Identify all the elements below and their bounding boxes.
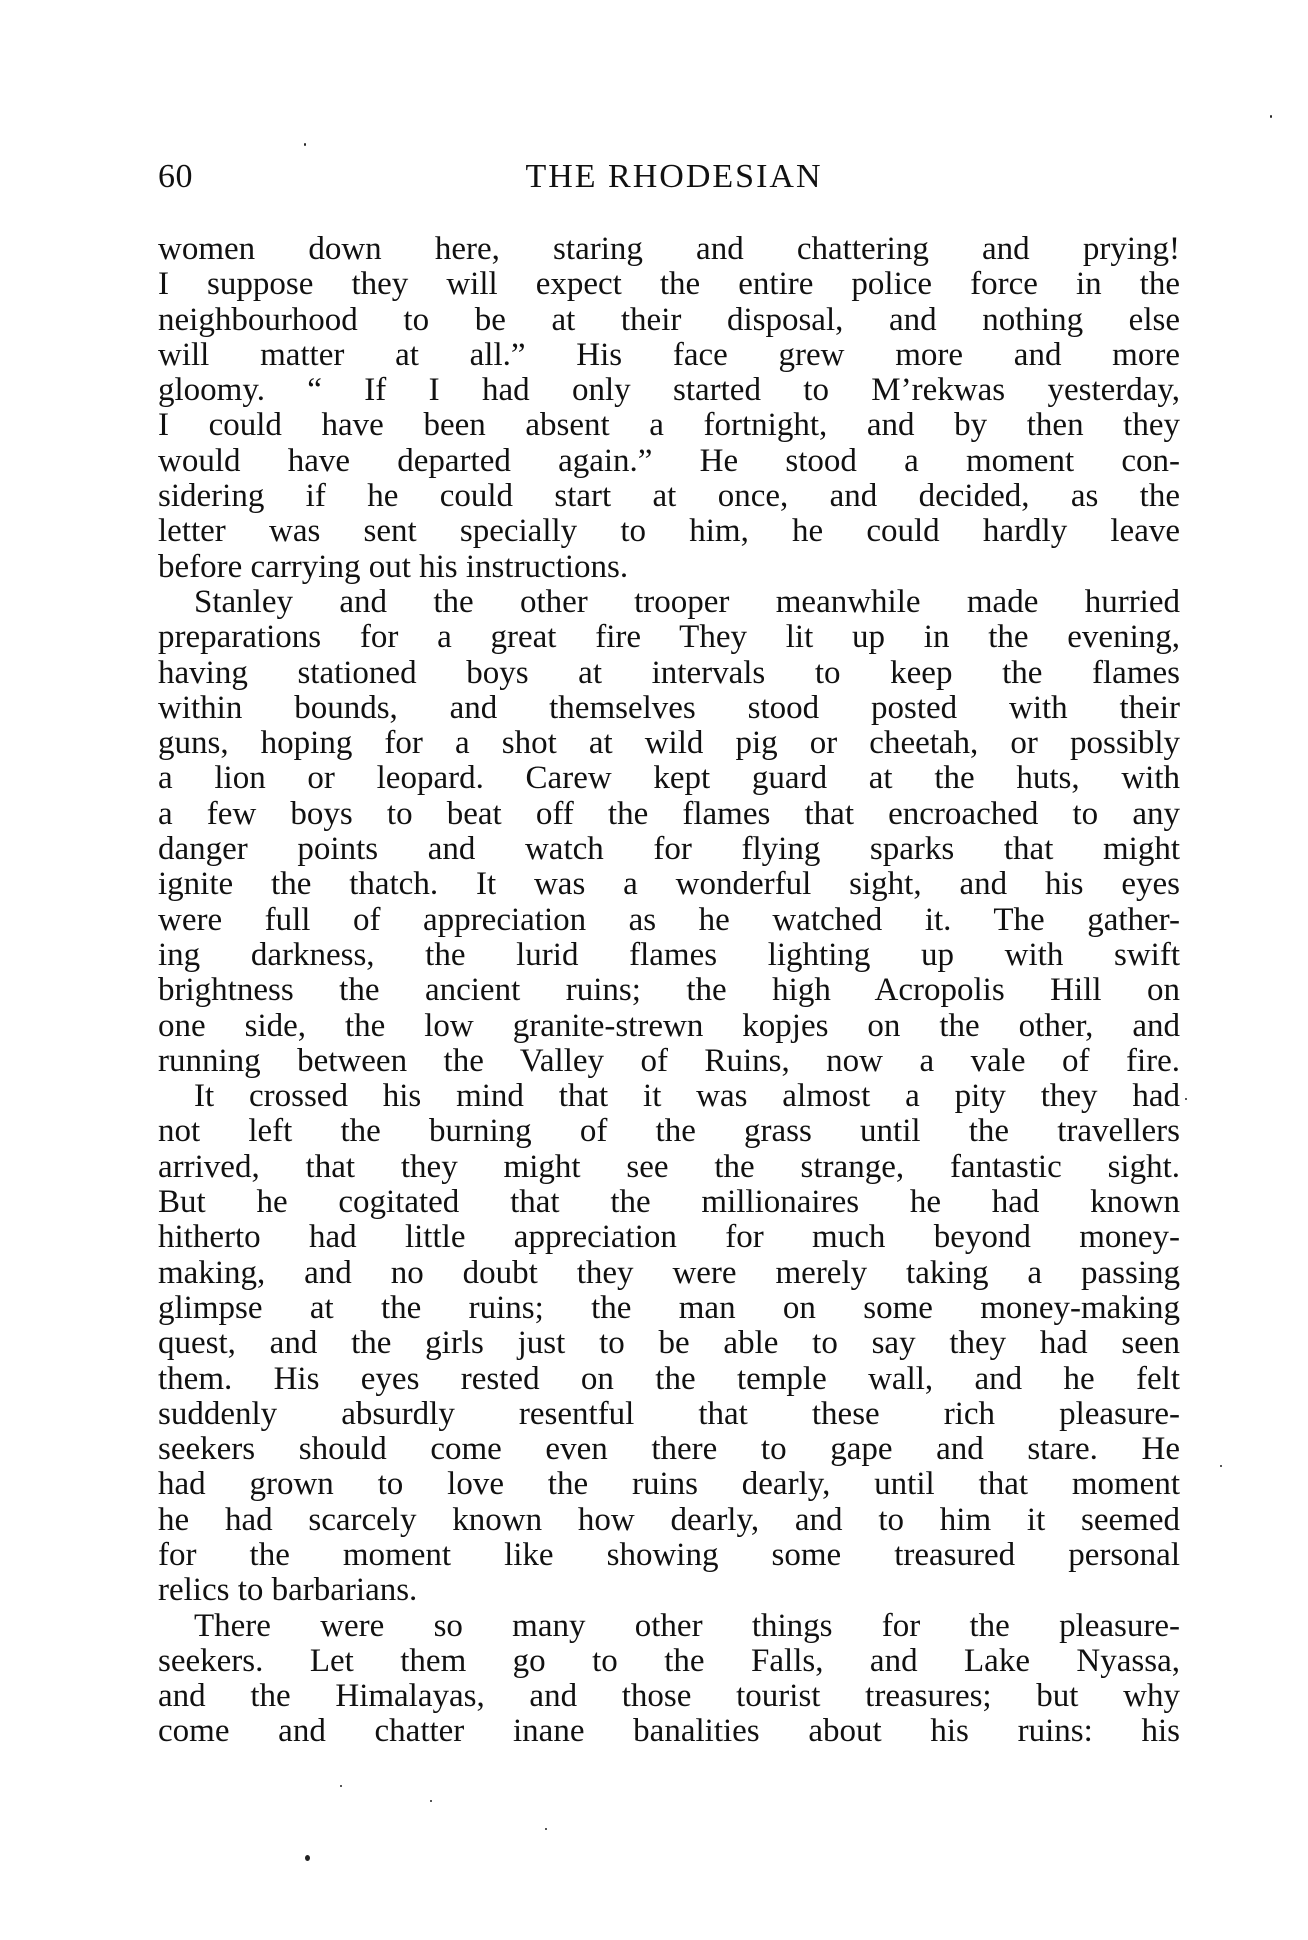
text-line: hitherto had little appreciation for muc…: [158, 1220, 1180, 1255]
text-line: a few boys to beat off the flames that e…: [158, 797, 1180, 832]
text-line: brightness the ancient ruins; the high A…: [158, 973, 1180, 1008]
text-line: preparations for a great fire They lit u…: [158, 620, 1180, 655]
text-line: letter was sent specially to him, he cou…: [158, 514, 1180, 549]
scan-speck: [304, 143, 306, 146]
text-line: guns, hoping for a shot at wild pig or c…: [158, 726, 1180, 761]
text-line: But he cogitated that the millionaires h…: [158, 1185, 1180, 1220]
text-line: glimpse at the ruins; the man on some mo…: [158, 1291, 1180, 1326]
scan-speck: [1220, 1465, 1222, 1467]
text-line: neighbourhood to be at their disposal, a…: [158, 303, 1180, 338]
text-line: seekers should come even there to gape a…: [158, 1432, 1180, 1467]
text-line: for the moment like showing some treasur…: [158, 1538, 1180, 1573]
scan-speck: [1270, 115, 1272, 118]
text-line: will matter at all.” His face grew more …: [158, 338, 1180, 373]
text-line: having stationed boys at intervals to ke…: [158, 656, 1180, 691]
text-line: making, and no doubt they were merely ta…: [158, 1256, 1180, 1291]
text-line: danger points and watch for flying spark…: [158, 832, 1180, 867]
text-line: running between the Valley of Ruins, now…: [158, 1044, 1180, 1079]
text-line: suddenly absurdly resentful that these r…: [158, 1397, 1180, 1432]
text-line: would have departed again.” He stood a m…: [158, 444, 1180, 479]
text-line: I suppose they will expect the entire po…: [158, 267, 1180, 302]
text-line: one side, the low granite-strewn kopjes …: [158, 1009, 1180, 1044]
text-line: gloomy. “ If I had only started to M’rek…: [158, 373, 1180, 408]
text-line: sidering if he could start at once, and …: [158, 479, 1180, 514]
text-line: not left the burning of the grass until …: [158, 1114, 1180, 1149]
text-line: arrived, that they might see the strange…: [158, 1150, 1180, 1185]
body-text: women down here, staring and chattering …: [158, 232, 1180, 1750]
text-line: within bounds, and themselves stood post…: [158, 691, 1180, 726]
text-line: It crossed his mind that it was almost a…: [158, 1079, 1180, 1114]
scan-speck: [340, 1785, 342, 1787]
scan-speck: [430, 1800, 432, 1802]
text-line: and the Himalayas, and those tourist tre…: [158, 1679, 1180, 1714]
text-line: There were so many other things for the …: [158, 1609, 1180, 1644]
text-line: relics to barbarians.: [158, 1573, 1180, 1608]
text-line: before carrying out his instructions.: [158, 550, 1180, 585]
text-line: quest, and the girls just to be able to …: [158, 1326, 1180, 1361]
text-line: women down here, staring and chattering …: [158, 232, 1180, 267]
page-header: 60 THE RHODESIAN: [158, 155, 1180, 199]
scanned-book-page: 60 THE RHODESIAN women down here, starin…: [0, 0, 1308, 1940]
text-line: he had scarcely known how dearly, and to…: [158, 1503, 1180, 1538]
text-line: ignite the thatch. It was a wonderful si…: [158, 867, 1180, 902]
text-line: come and chatter inane banalities about …: [158, 1714, 1180, 1749]
text-line: them. His eyes rested on the temple wall…: [158, 1362, 1180, 1397]
text-line: seekers. Let them go to the Falls, and L…: [158, 1644, 1180, 1679]
text-line: were full of appreciation as he watched …: [158, 903, 1180, 938]
text-line: had grown to love the ruins dearly, unti…: [158, 1467, 1180, 1502]
scan-speck: [545, 1828, 547, 1830]
running-title: THE RHODESIAN: [158, 155, 1180, 199]
text-line: ing darkness, the lurid flames lighting …: [158, 938, 1180, 973]
scan-speck: [1185, 1098, 1187, 1100]
text-line: I could have been absent a fortnight, an…: [158, 408, 1180, 443]
scan-speck: [305, 1855, 310, 1861]
text-line: Stanley and the other trooper meanwhile …: [158, 585, 1180, 620]
text-line: a lion or leopard. Carew kept guard at t…: [158, 761, 1180, 796]
